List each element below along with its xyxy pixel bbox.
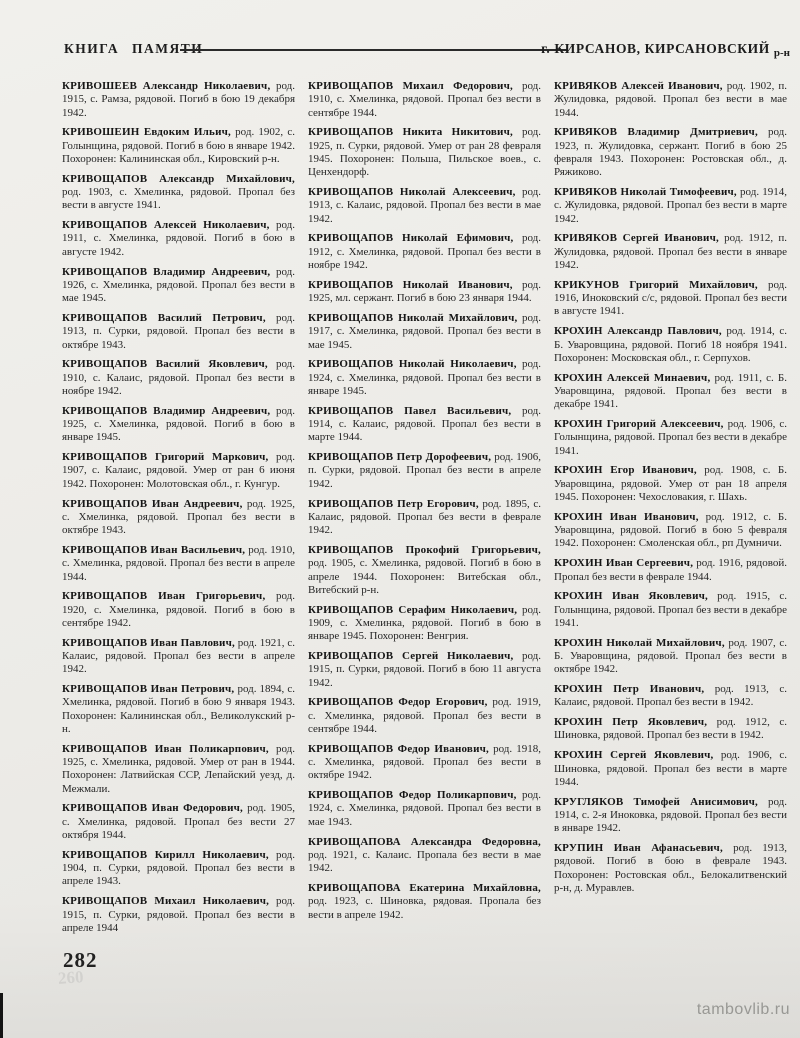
scan-edge-artifact [0,993,3,1038]
memorial-entry: КРОХИН Егор Иванович, род. 1908, с. Б. У… [554,464,787,504]
memorial-entry: КРОХИН Александр Павлович, род. 1914, с.… [554,325,787,365]
memorial-entry: КРИВОЩАПОВ Иван Поликарпович, род. 1925,… [62,743,295,796]
entry-person-name: КРИВОЩАПОВ Николай Ефимович, [308,232,513,244]
scanned-book-page: КНИГА ПАМЯТИ г. КИРСАНОВ, КИРСАНОВСКИЙ р… [0,0,800,1038]
column-2: КРИВОЩАПОВ Михаил Федорович, род. 1910, … [308,80,541,960]
district-title: г. КИРСАНОВ, КИРСАНОВСКИЙ р-н [541,41,790,57]
entry-person-name: КРИВОЩАПОВ Иван Григорьевич, [62,590,265,602]
entry-person-name: КРИВЯКОВ Николай Тимофеевич, [554,186,737,198]
entry-person-name: КРИВОЩАПОВ Михаил Федорович, [308,80,513,92]
memorial-entry: КРИВЯКОВ Владимир Дмитриевич, род. 1923,… [554,126,787,179]
entry-person-name: КРИВОЩАПОВ Николай Михайлович, [308,312,517,324]
entry-person-name: КРИВОЩАПОВ Сергей Николаевич, [308,650,513,662]
entry-person-name: КРИВОЩАПОВ Николай Алексеевич, [308,186,516,198]
page-header: КНИГА ПАМЯТИ г. КИРСАНОВ, КИРСАНОВСКИЙ р… [0,41,800,63]
entry-person-name: КРИВОЩАПОВ Иван Андреевич, [62,498,243,510]
memorial-entry: КРИВОЩАПОВА Александра Федоровна, род. 1… [308,836,541,876]
entry-person-name: КРИВОЩАПОВ Иван Петрович, [62,683,234,695]
memorial-entry: КРИВОЩАПОВ Федор Егорович, род. 1919, с.… [308,696,541,736]
memorial-entry: КРИВОЩАПОВ Федор Поликарпович, род. 1924… [308,789,541,829]
entry-person-name: КРИВЯКОВ Сергей Иванович, [554,232,719,244]
entry-person-name: КРОХИН Егор Иванович, [554,464,697,476]
entry-person-name: КРОХИН Иван Сергеевич, [554,557,693,569]
memorial-entry: КРОХИН Иван Яковлевич, род. 1915, с. Гол… [554,590,787,630]
entry-person-name: КРОХИН Александр Павлович, [554,325,722,337]
memorial-entry: КРИВОЩАПОВ Никита Никитович, род. 1925, … [308,126,541,179]
entry-person-name: КРИВОЩАПОВ Михаил Николаевич, [62,895,269,907]
memorial-entry: КРИВОЩАПОВ Григорий Маркович, род. 1907,… [62,451,295,491]
memorial-entry: КРИВОШЕИН Евдоким Ильич, род. 1902, с. Г… [62,126,295,166]
entry-person-name: КРИВОЩАПОВ Григорий Маркович, [62,451,269,463]
entry-person-name: КРИВОШЕИН Евдоким Ильич, [62,126,231,138]
entry-person-name: КРИВОЩАПОВА Александра Федоровна, [308,836,541,848]
memorial-entry: КРИВОЩАПОВ Павел Васильевич, род. 1914, … [308,405,541,445]
memorial-entry: КРИВОЩАПОВ Николай Михайлович, род. 1917… [308,312,541,352]
memorial-entry: КРИКУНОВ Григорий Михайлович, род. 1916,… [554,279,787,319]
entry-person-name: КРОХИН Сергей Яковлевич, [554,749,714,761]
memorial-entry: КРИВОЩАПОВ Михаил Федорович, род. 1910, … [308,80,541,120]
memorial-entry: КРИВОЩАПОВ Владимир Андреевич, род. 1925… [62,405,295,445]
district-title-text: г. КИРСАНОВ, КИРСАНОВСКИЙ [541,41,770,56]
entry-person-name: КРИКУНОВ Григорий Михайлович, [554,279,758,291]
entry-details: род. 1903, с. Хмелинка, рядовой. Пропал … [62,186,295,211]
entry-person-name: КРИВОЩАПОВ Василий Яковлевич, [62,358,268,370]
entry-person-name: КРОХИН Иван Иванович, [554,511,699,523]
entry-person-name: КРИВОЩАПОВ Владимир Андреевич, [62,405,270,417]
memorial-entry: КРИВОЩАПОВ Николай Николаевич, род. 1924… [308,358,541,398]
memorial-entry: КРИВОЩАПОВ Василий Яковлевич, род. 1910,… [62,358,295,398]
memorial-entry: КРОХИН Николай Михайлович, род. 1907, с.… [554,637,787,677]
entry-person-name: КРИВОЩАПОВ Иван Федорович, [62,802,243,814]
entry-person-name: КРУПИН Иван Афанасьевич, [554,842,723,854]
memorial-entry: КРИВОЩАПОВ Николай Ефимович, род. 1912, … [308,232,541,272]
entry-person-name: КРИВОЩАПОВ Серафим Николаевич, [308,604,517,616]
memorial-entry: КРИВОЩАПОВ Николай Алексеевич, род. 1913… [308,186,541,226]
entry-person-name: КРИВОЩАПОВ Павел Васильевич, [308,405,511,417]
column-3: КРИВЯКОВ Алексей Иванович, род. 1902, п.… [554,80,787,960]
entry-person-name: КРУГЛЯКОВ Тимофей Анисимович, [554,796,758,808]
memorial-entry: КРУГЛЯКОВ Тимофей Анисимович, род. 1914,… [554,796,787,836]
entry-person-name: КРИВОЩАПОВ Иван Васильевич, [62,544,245,556]
memorial-entry: КРИВОЩАПОВ Прокофий Григорьевич, род. 19… [308,544,541,597]
memorial-entry: КРИВОЩАПОВ Серафим Николаевич, род. 1909… [308,604,541,644]
entry-person-name: КРИВЯКОВ Владимир Дмитриевич, [554,126,758,138]
entry-person-name: КРИВЯКОВ Алексей Иванович, [554,80,723,92]
memorial-entry: КРОХИН Петр Яковлевич, род. 1912, с. Шин… [554,716,787,743]
memorial-entry: КРИВОЩАПОВ Иван Федорович, род. 1905, с.… [62,802,295,842]
entry-person-name: КРИВОЩАПОВ Владимир Андреевич, [62,266,270,278]
memorial-entry: КРИВОЩАПОВ Владимир Андреевич, род. 1926… [62,266,295,306]
memorial-entry: КРИВОЩАПОВ Иван Павлович, род. 1921, с. … [62,637,295,677]
memorial-entry: КРИВОЩАПОВ Федор Иванович, род. 1918, с.… [308,743,541,783]
entry-person-name: КРИВОЩАПОВ Николай Николаевич, [308,358,517,370]
memorial-entry: КРОХИН Сергей Яковлевич, род. 1906, с. Ш… [554,749,787,789]
memorial-entry: КРИВОЩАПОВ Иван Андреевич, род. 1925, с.… [62,498,295,538]
memorial-entry: КРИВОЩАПОВ Николай Иванович, род. 1925, … [308,279,541,306]
memorial-entry: КРИВОЩАПОВ Иван Петрович, род. 1894, с. … [62,683,295,736]
memorial-entry: КРОХИН Иван Иванович, род. 1912, с. Б. У… [554,511,787,551]
header-rule [180,49,568,51]
memorial-entry: КРИВОЩАПОВ Иван Григорьевич, род. 1920, … [62,590,295,630]
entry-person-name: КРИВОЩАПОВА Екатерина Михайловна, [308,882,541,894]
memorial-entry: КРИВОЩАПОВ Кирилл Николаевич, род. 1904,… [62,849,295,889]
memorial-entry: КРОХИН Петр Иванович, род. 1913, с. Кала… [554,683,787,710]
memorial-entry: КРИВОЩАПОВ Алексей Николаевич, род. 1911… [62,219,295,259]
entry-person-name: КРИВОЩАПОВ Федор Егорович, [308,696,488,708]
memorial-entry: КРИВОЩАПОВА Екатерина Михайловна, род. 1… [308,882,541,922]
memorial-entry: КРИВЯКОВ Алексей Иванович, род. 1902, п.… [554,80,787,120]
memorial-entry: КРИВОШЕЕВ Александр Николаевич, род. 191… [62,80,295,120]
entries-container: КРИВОШЕЕВ Александр Николаевич, род. 191… [62,80,788,960]
entry-person-name: КРОХИН Алексей Минаевич, [554,372,710,384]
memorial-entry: КРИВОЩАПОВ Александр Михайлович, род. 19… [62,173,295,213]
memorial-entry: КРИВОЩАПОВ Сергей Николаевич, род. 1915,… [308,650,541,690]
memorial-entry: КРИВЯКОВ Николай Тимофеевич, род. 1914, … [554,186,787,226]
entry-person-name: КРОХИН Николай Михайлович, [554,637,725,649]
entry-details: род. 1923, с. Шиновка, рядовая. Пропала … [308,895,541,920]
memorial-entry: КРУПИН Иван Афанасьевич, род. 1913, рядо… [554,842,787,895]
memorial-entry: КРОХИН Иван Сергеевич, род. 1916, рядово… [554,557,787,584]
memorial-entry: КРИВОЩАПОВ Михаил Николаевич, род. 1915,… [62,895,295,935]
memorial-entry: КРИВЯКОВ Сергей Иванович, род. 1912, п. … [554,232,787,272]
entry-person-name: КРИВОЩАПОВ Петр Дорофеевич, [308,451,491,463]
library-watermark: tambovlib.ru [697,1001,790,1019]
memorial-entry: КРИВОЩАПОВ Иван Васильевич, род. 1910, с… [62,544,295,584]
entry-person-name: КРИВОЩАПОВ Алексей Николаевич, [62,219,270,231]
entry-person-name: КРИВОЩАПОВ Петр Егорович, [308,498,479,510]
district-suffix: р-н [774,47,790,59]
entry-details: род. 1905, с. Хмелинка, рядовой. Погиб в… [308,557,541,596]
entry-person-name: КРИВОЩАПОВ Иван Павлович, [62,637,235,649]
entry-person-name: КРИВОЩАПОВ Прокофий Григорьевич, [308,544,541,556]
entry-person-name: КРИВОЩАПОВ Федор Иванович, [308,743,489,755]
entry-person-name: КРИВОЩАПОВ Иван Поликарпович, [62,743,269,755]
entry-person-name: КРИВОШЕЕВ Александр Николаевич, [62,80,270,92]
memorial-entry: КРИВОЩАПОВ Петр Дорофеевич, род. 1906, п… [308,451,541,491]
entry-person-name: КРИВОЩАПОВ Федор Поликарпович, [308,789,517,801]
entry-person-name: КРОХИН Петр Иванович, [554,683,704,695]
memorial-entry: КРИВОЩАПОВ Петр Егорович, род. 1895, с. … [308,498,541,538]
entry-person-name: КРИВОЩАПОВ Александр Михайлович, [62,173,295,185]
memorial-entry: КРИВОЩАПОВ Василий Петрович, род. 1913, … [62,312,295,352]
bleedthrough-page-number: 260 [57,967,84,989]
memorial-entry: КРОХИН Алексей Минаевич, род. 1911, с. Б… [554,372,787,412]
entry-person-name: КРИВОЩАПОВ Кирилл Николаевич, [62,849,269,861]
entry-details: род. 1921, с. Калаис. Пропала без вести … [308,849,541,874]
memorial-entry: КРОХИН Григорий Алексеевич, род. 1906, с… [554,418,787,458]
entry-person-name: КРИВОЩАПОВ Василий Петрович, [62,312,266,324]
entry-person-name: КРОХИН Григорий Алексеевич, [554,418,724,430]
entry-person-name: КРИВОЩАПОВ Николай Иванович, [308,279,513,291]
entry-person-name: КРОХИН Иван Яковлевич, [554,590,708,602]
entry-person-name: КРИВОЩАПОВ Никита Никитович, [308,126,513,138]
entry-person-name: КРОХИН Петр Яковлевич, [554,716,707,728]
column-1: КРИВОШЕЕВ Александр Николаевич, род. 191… [62,80,295,960]
